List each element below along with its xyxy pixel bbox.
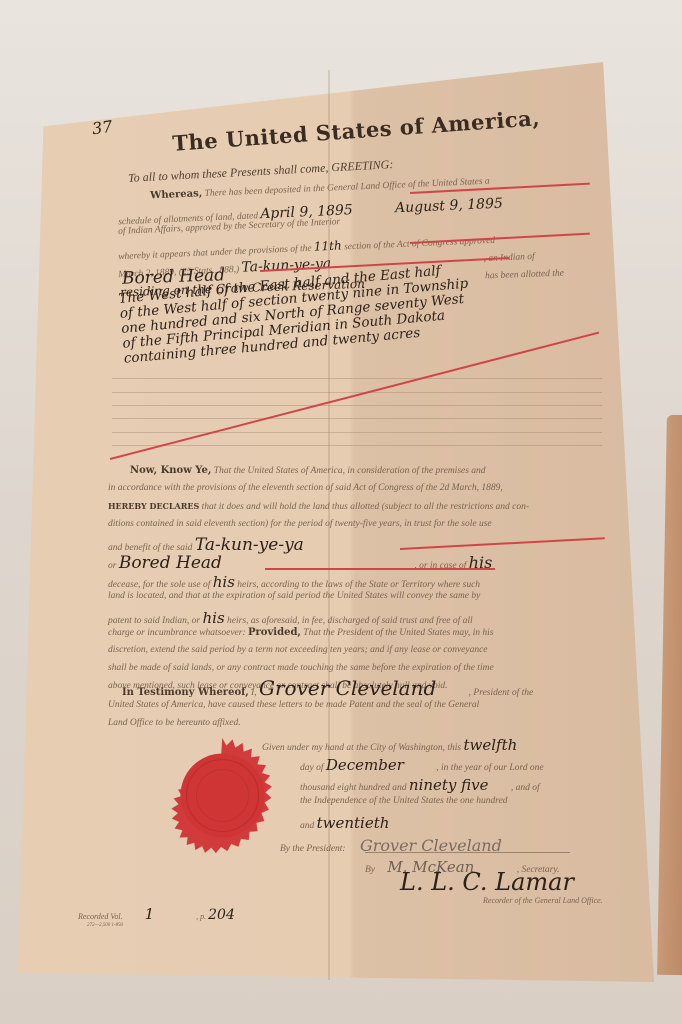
know-ye-text: That the President of the United States … (303, 628, 493, 638)
know-ye-text: , or in case of (414, 561, 466, 571)
given-line-4: the Independence of the United States th… (300, 796, 508, 806)
know-ye-line-4: ditions contained in said eleventh secti… (108, 519, 492, 529)
know-ye-text: or (108, 561, 116, 571)
know-ye-text: that it does and will hold the land thus… (202, 502, 529, 512)
adjacent-document-edge (657, 415, 682, 975)
recorded-label: Recorded Vol. (78, 912, 123, 921)
recorded-volume: 1 (145, 905, 155, 923)
know-ye-line-7: decease, for the sole use of his heirs, … (108, 573, 480, 591)
given-text: , and of (511, 783, 540, 793)
testimony-line-3: Land Office to be hereunto affixed. (108, 718, 241, 728)
hereby-declares: HEREBY DECLARES (108, 501, 199, 511)
president-name: Grover Cleveland (259, 676, 436, 700)
tribe-name-2: Bored Head (119, 553, 222, 573)
by-president-label: By the President: (280, 844, 346, 854)
ruled-line (112, 378, 602, 379)
ruled-line (112, 405, 602, 406)
given-text: and (300, 821, 314, 831)
ruled-line (112, 432, 602, 433)
given-text: Given under my hand at the City of Washi… (262, 743, 461, 753)
seal-icon (165, 738, 280, 853)
signature-line (365, 852, 570, 853)
know-ye-line-9: patent to said Indian, or his heirs, as … (108, 609, 473, 627)
given-year: ninety five (409, 776, 489, 794)
know-ye-text: patent to said Indian, or (108, 616, 200, 626)
recorded-page: 204 (208, 907, 235, 923)
testimony-pronoun: I, (251, 688, 257, 698)
know-ye-text: charge or incumbrance whatsoever: (108, 628, 246, 638)
testimony-text: , President of the (469, 688, 534, 698)
ruled-line (112, 445, 602, 446)
section-number: 11th (314, 238, 342, 253)
know-ye-text: heirs, according to the laws of the Stat… (237, 580, 480, 590)
allottee-name-2: Ta-kun-ye-ya (195, 535, 304, 555)
know-ye-line-10: charge or incumbrance whatsoever: Provid… (108, 627, 493, 638)
recorder-label: Recorder of the General Land Office. (483, 896, 603, 905)
page-label: , p. (196, 912, 206, 921)
given-line-5: and twentieth (300, 814, 389, 832)
red-wax-seal (165, 738, 280, 853)
pronoun-his: his (202, 609, 224, 627)
independence-year: twentieth (317, 814, 390, 832)
given-day: twelfth (464, 736, 518, 754)
know-ye-line-1: Now, Know Ye, That the United States of … (130, 465, 486, 476)
ruled-line (112, 418, 602, 419)
recorder-signature: L. L. C. Lamar (400, 868, 574, 896)
given-line-2: day of December , in the year of our Lor… (300, 756, 544, 774)
know-ye-text: That the United States of America, in co… (214, 466, 486, 476)
know-ye-line-8: land is located, and that at the expirat… (108, 591, 480, 601)
know-ye-text: heirs, as aforesaid, in fee, discharged … (227, 616, 473, 626)
know-ye-text: and benefit of the said (108, 543, 192, 553)
testimony-line-1: In Testimony Whereof, I, Grover Clevelan… (122, 676, 533, 700)
know-ye-line-2: in accordance with the provisions of the… (108, 483, 503, 493)
know-ye-line-6: or Bored Head , or in case of his (108, 553, 492, 573)
form-number: 272—2,500 1-893 (87, 923, 123, 928)
know-ye-line-12: shall be made of said lands, or any cont… (108, 663, 494, 673)
given-month: December (326, 756, 404, 774)
know-ye-line-5: and benefit of the said Ta-kun-ye-ya (108, 535, 304, 555)
pronoun-his: his (213, 573, 235, 591)
given-text: , in the year of our Lord one (436, 763, 543, 773)
know-ye-lead: Now, Know Ye, (130, 465, 211, 476)
page-number: 37 (91, 117, 114, 139)
know-ye-text: decease, for the sole use of (108, 580, 210, 590)
given-line-3: thousand eight hundred and ninety five ,… (300, 776, 540, 794)
recorded-row: Recorded Vol. 1 , p. 204 (78, 905, 235, 923)
given-text: day of (300, 763, 323, 773)
know-ye-line-11: discretion, extend the said period by a … (108, 645, 488, 655)
testimony-lead: In Testimony Whereof, (122, 687, 249, 698)
given-line-1: Given under my hand at the City of Washi… (262, 736, 517, 754)
whereas-lead: Whereas, (150, 188, 203, 201)
know-ye-line-3: HEREBY DECLARES that it does and will ho… (108, 501, 529, 512)
given-text: thousand eight hundred and (300, 783, 407, 793)
red-rule (265, 568, 495, 570)
provided-lead: Provided, (248, 627, 301, 638)
by-label: By (365, 865, 375, 875)
testimony-line-2: United States of America, have caused th… (108, 700, 479, 710)
